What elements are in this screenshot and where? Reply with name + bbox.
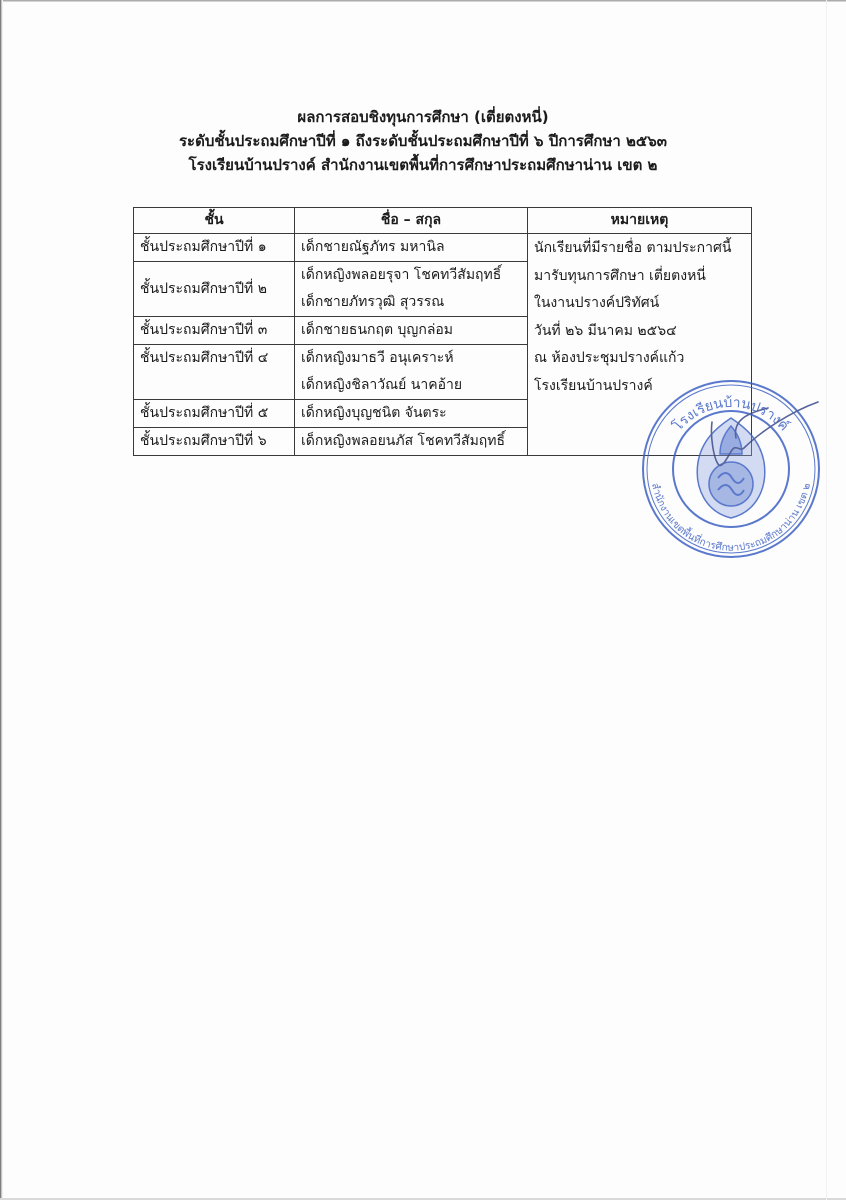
remark-line: ในงานปรางค์ปริทัศน์ <box>534 290 745 318</box>
row-level: ชั้นประถมศึกษาปีที่ ๓ <box>134 317 295 345</box>
row-names: เด็กหญิงบุญชนิต จันตระ <box>295 400 528 428</box>
remark-line: มารับทุนการศึกษา เตี่ยตงหนี่ <box>534 263 745 291</box>
student-name: เด็กชายณัฐภัทร มหานิล <box>301 234 521 261</box>
remark-line: นักเรียนที่มีรายชื่อ ตามประกาศนี้ <box>534 235 745 263</box>
row-level: ชั้นประถมศึกษาปีที่ ๕ <box>134 400 295 428</box>
document-title: ผลการสอบชิงทุนการศึกษา (เตี่ยตงหนี่) ระด… <box>0 105 846 177</box>
row-level: ชั้นประถมศึกษาปีที่ ๑ <box>134 234 295 262</box>
scholarship-results-table: ชั้น ชื่อ – สกุล หมายเหตุ ชั้นประถมศึกษา… <box>133 207 752 456</box>
row-level: ชั้นประถมศึกษาปีที่ ๒ <box>134 262 295 317</box>
header-remark: หมายเหตุ <box>528 208 752 234</box>
row-level: ชั้นประถมศึกษาปีที่ ๖ <box>134 428 295 456</box>
student-name: เด็กชายธนกฤต บุญกล่อม <box>301 317 521 344</box>
student-name: เด็กหญิงพลอยนภัส โชคทวีสัมฤทธิ์ <box>301 428 521 455</box>
row-names: เด็กหญิงพลอยนภัส โชคทวีสัมฤทธิ์ <box>295 428 528 456</box>
table-header-row: ชั้น ชื่อ – สกุล หมายเหตุ <box>134 208 752 234</box>
row-names: เด็กชายณัฐภัทร มหานิล <box>295 234 528 262</box>
student-name: เด็กหญิงชิลาวัณย์ นาคอ้าย <box>301 372 521 399</box>
header-name: ชื่อ – สกุล <box>295 208 528 234</box>
title-line-1: ผลการสอบชิงทุนการศึกษา (เตี่ยตงหนี่) <box>0 105 846 129</box>
student-name: เด็กหญิงบุญชนิต จันตระ <box>301 400 521 427</box>
remark-line: ณ ห้องประชุมปรางค์แก้ว <box>534 345 745 373</box>
row-names: เด็กหญิงพลอยรุจา โชคทวีสัมฤทธิ์ เด็กชายภ… <box>295 262 528 317</box>
title-line-3: โรงเรียนบ้านปรางค์ สำนักงานเขตพื้นที่การ… <box>0 153 846 177</box>
scan-edge-left <box>0 0 3 1200</box>
student-name: เด็กชายภัทรวุฒิ สุวรรณ <box>301 289 521 316</box>
student-name: เด็กหญิงมาธวี อนุเคราะห์ <box>301 345 521 372</box>
header-level: ชั้น <box>134 208 295 234</box>
remark-line: วันที่ ๒๖ มีนาคม ๒๕๖๔ <box>534 318 745 346</box>
row-names: เด็กหญิงมาธวี อนุเคราะห์ เด็กหญิงชิลาวัณ… <box>295 345 528 400</box>
table-row: ชั้นประถมศึกษาปีที่ ๑ เด็กชายณัฐภัทร มหา… <box>134 234 752 262</box>
remark-cell: นักเรียนที่มีรายชื่อ ตามประกาศนี้ มารับท… <box>528 234 752 456</box>
paper-fold-line <box>826 0 827 1200</box>
student-name: เด็กหญิงพลอยรุจา โชคทวีสัมฤทธิ์ <box>301 262 521 289</box>
row-names: เด็กชายธนกฤต บุญกล่อม <box>295 317 528 345</box>
scan-edge-top <box>0 0 846 2</box>
row-level: ชั้นประถมศึกษาปีที่ ๔ <box>134 345 295 400</box>
stamp-bottom-text: สำนักงานเขตพื้นที่การศึกษาประถมศึกษาน่าน… <box>649 482 813 553</box>
remark-line: โรงเรียนบ้านปรางค์ <box>534 373 745 401</box>
title-line-2: ระดับชั้นประถมศึกษาปีที่ ๑ ถึงระดับชั้นป… <box>0 129 846 153</box>
